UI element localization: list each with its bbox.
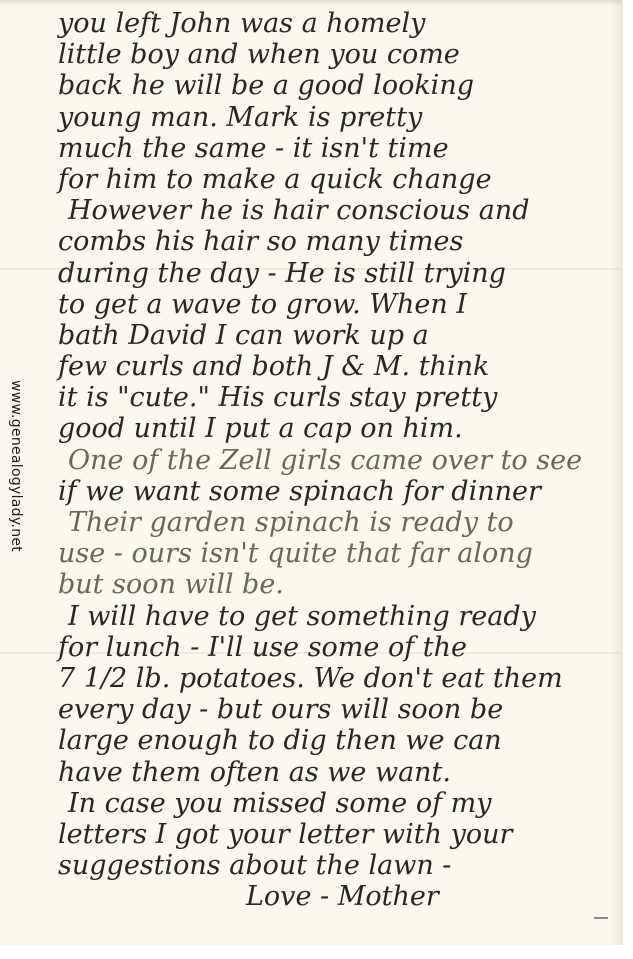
letter-line: for him to make a quick change — [36, 164, 616, 195]
watermark-url: www.genealogylady.net — [8, 380, 24, 580]
letter-line: to get a wave to grow. When I — [36, 289, 616, 320]
letter-line: combs his hair so many times — [36, 226, 616, 257]
letter-body: you left John was a homely little boy an… — [36, 8, 616, 912]
letter-line: bath David I can work up a — [36, 320, 616, 351]
letter-line: few curls and both J & M. think — [36, 351, 616, 382]
letter-line: suggestions about the lawn - — [36, 850, 616, 881]
letter-signature: Love - Mother — [36, 881, 616, 912]
letter-line: little boy and when you come — [36, 39, 616, 70]
letter-line: However he is hair conscious and — [36, 195, 616, 226]
letter-line: letters I got your letter with your — [36, 819, 616, 850]
letter-page: www.genealogylady.net you left John was … — [0, 0, 623, 945]
letter-line: large enough to dig then we can — [36, 725, 616, 756]
letter-line: good until I put a cap on him. — [36, 413, 616, 444]
letter-line: One of the Zell girls came over to see — [36, 445, 616, 476]
letter-line: if we want some spinach for dinner — [36, 476, 616, 507]
letter-line: Their garden spinach is ready to — [36, 507, 616, 538]
letter-line: every day - but ours will soon be — [36, 694, 616, 725]
letter-line: 7 1/2 lb. potatoes. We don't eat them — [36, 663, 616, 694]
letter-line: during the day - He is still trying — [36, 258, 616, 289]
letter-line: I will have to get something ready — [36, 601, 616, 632]
letter-line: for lunch - I'll use some of the — [36, 632, 616, 663]
scan-artifact — [594, 917, 608, 919]
letter-line: but soon will be. — [36, 569, 616, 600]
letter-line: back he will be a good looking — [36, 70, 616, 101]
letter-line: have them often as we want. — [36, 757, 616, 788]
letter-line: young man. Mark is pretty — [36, 102, 616, 133]
letter-line: it is "cute." His curls stay pretty — [36, 382, 616, 413]
letter-line: much the same - it isn't time — [36, 133, 616, 164]
letter-line: In case you missed some of my — [36, 788, 616, 819]
letter-line: use - ours isn't quite that far along — [36, 538, 616, 569]
letter-line: you left John was a homely — [36, 8, 616, 39]
